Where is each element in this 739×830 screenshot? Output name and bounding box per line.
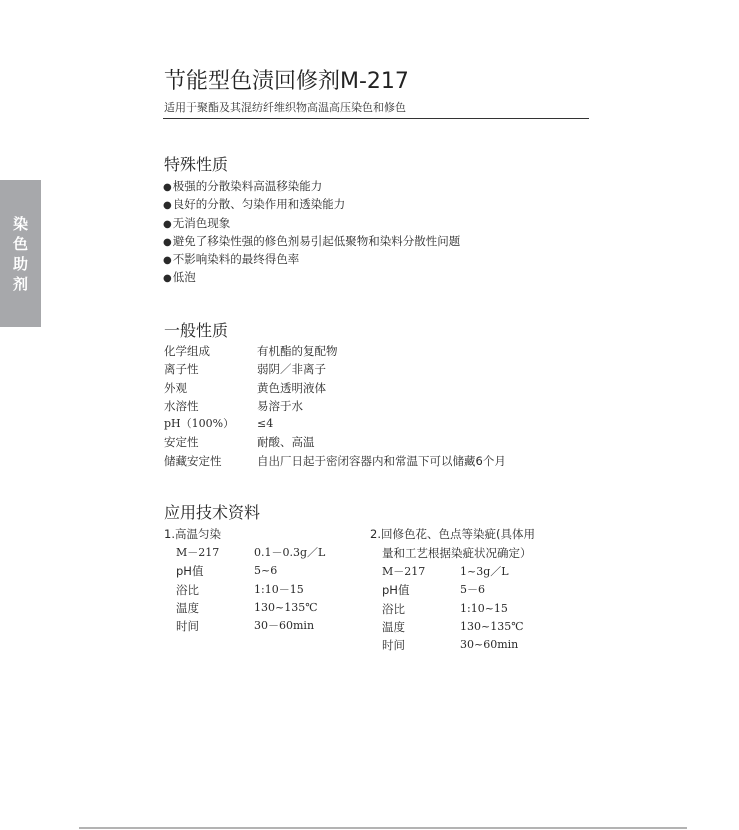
list-item: ●良好的分散、匀染作用和透染能力	[163, 195, 460, 213]
property-row: 外观黄色透明液体	[164, 379, 506, 397]
list-item: ●极强的分散染料高温移染能力	[163, 177, 460, 195]
section-title: 2.回修色花、色点等染疵(具体用	[370, 525, 535, 544]
section-title-continued: 量和工艺根据染疵状况确定）	[370, 544, 535, 563]
page-title: 节能型色渍回修剂M-217	[164, 64, 409, 95]
application-section-1: 1.高温匀染 M－2170.1－0.3g／L pH值5~6 浴比1:10－15 …	[164, 525, 325, 635]
param-row: M－2170.1－0.3g／L	[164, 544, 325, 562]
bullet-icon: ●	[163, 182, 172, 193]
special-properties-list: ●极强的分散染料高温移染能力 ●良好的分散、匀染作用和透染能力 ●无消色现象 ●…	[163, 177, 460, 287]
bullet-icon: ●	[163, 200, 172, 211]
param-row: 温度130~135℃	[164, 599, 325, 617]
list-item: ●无消色现象	[163, 214, 460, 232]
property-row: 水溶性易溶于水	[164, 397, 506, 415]
property-row: 储藏安定性自出厂日起于密闭容器内和常温下可以储藏6个月	[164, 452, 506, 470]
section-title: 1.高温匀染	[164, 525, 325, 544]
list-item: ●不影响染料的最终得色率	[163, 250, 460, 268]
category-side-tab: 染 色 助 剂	[0, 180, 41, 327]
side-tab-char: 色	[13, 234, 28, 254]
param-row: 浴比1:10－15	[164, 581, 325, 599]
side-tab-char: 染	[13, 214, 28, 234]
page-subtitle: 适用于聚酯及其混纺纤维织物高温高压染色和修色	[164, 99, 406, 115]
param-row: pH值5~6	[164, 562, 325, 580]
side-tab-char: 助	[13, 254, 28, 274]
param-row: 浴比1:10~15	[370, 600, 535, 618]
header-divider	[163, 118, 589, 119]
param-row: 温度130~135℃	[370, 618, 535, 636]
bullet-icon: ●	[163, 219, 172, 230]
property-row: pH（100%）≤4	[164, 415, 506, 433]
property-row: 安定性耐酸、高温	[164, 433, 506, 451]
application-heading: 应用技术资料	[164, 500, 260, 523]
property-row: 离子性弱阴／非离子	[164, 360, 506, 378]
list-item: ●避免了移染性强的修色剂易引起低聚物和染料分散性问题	[163, 232, 460, 250]
special-properties-heading: 特殊性质	[164, 152, 228, 175]
property-row: 化学组成有机酯的复配物	[164, 342, 506, 360]
application-section-2: 2.回修色花、色点等染疵(具体用 量和工艺根据染疵状况确定） M－2171~3g…	[370, 525, 535, 654]
footer-divider	[79, 827, 687, 829]
bullet-icon: ●	[163, 255, 172, 266]
general-properties-heading: 一般性质	[164, 318, 228, 341]
param-row: 时间30~60min	[370, 636, 535, 654]
general-properties-table: 化学组成有机酯的复配物 离子性弱阴／非离子 外观黄色透明液体 水溶性易溶于水 p…	[164, 342, 506, 470]
bullet-icon: ●	[163, 237, 172, 248]
param-row: 时间30－60min	[164, 617, 325, 635]
side-tab-char: 剂	[13, 274, 28, 294]
list-item: ●低泡	[163, 268, 460, 286]
param-row: M－2171~3g／L	[370, 563, 535, 581]
param-row: pH值5－6	[370, 581, 535, 599]
bullet-icon: ●	[163, 273, 172, 284]
